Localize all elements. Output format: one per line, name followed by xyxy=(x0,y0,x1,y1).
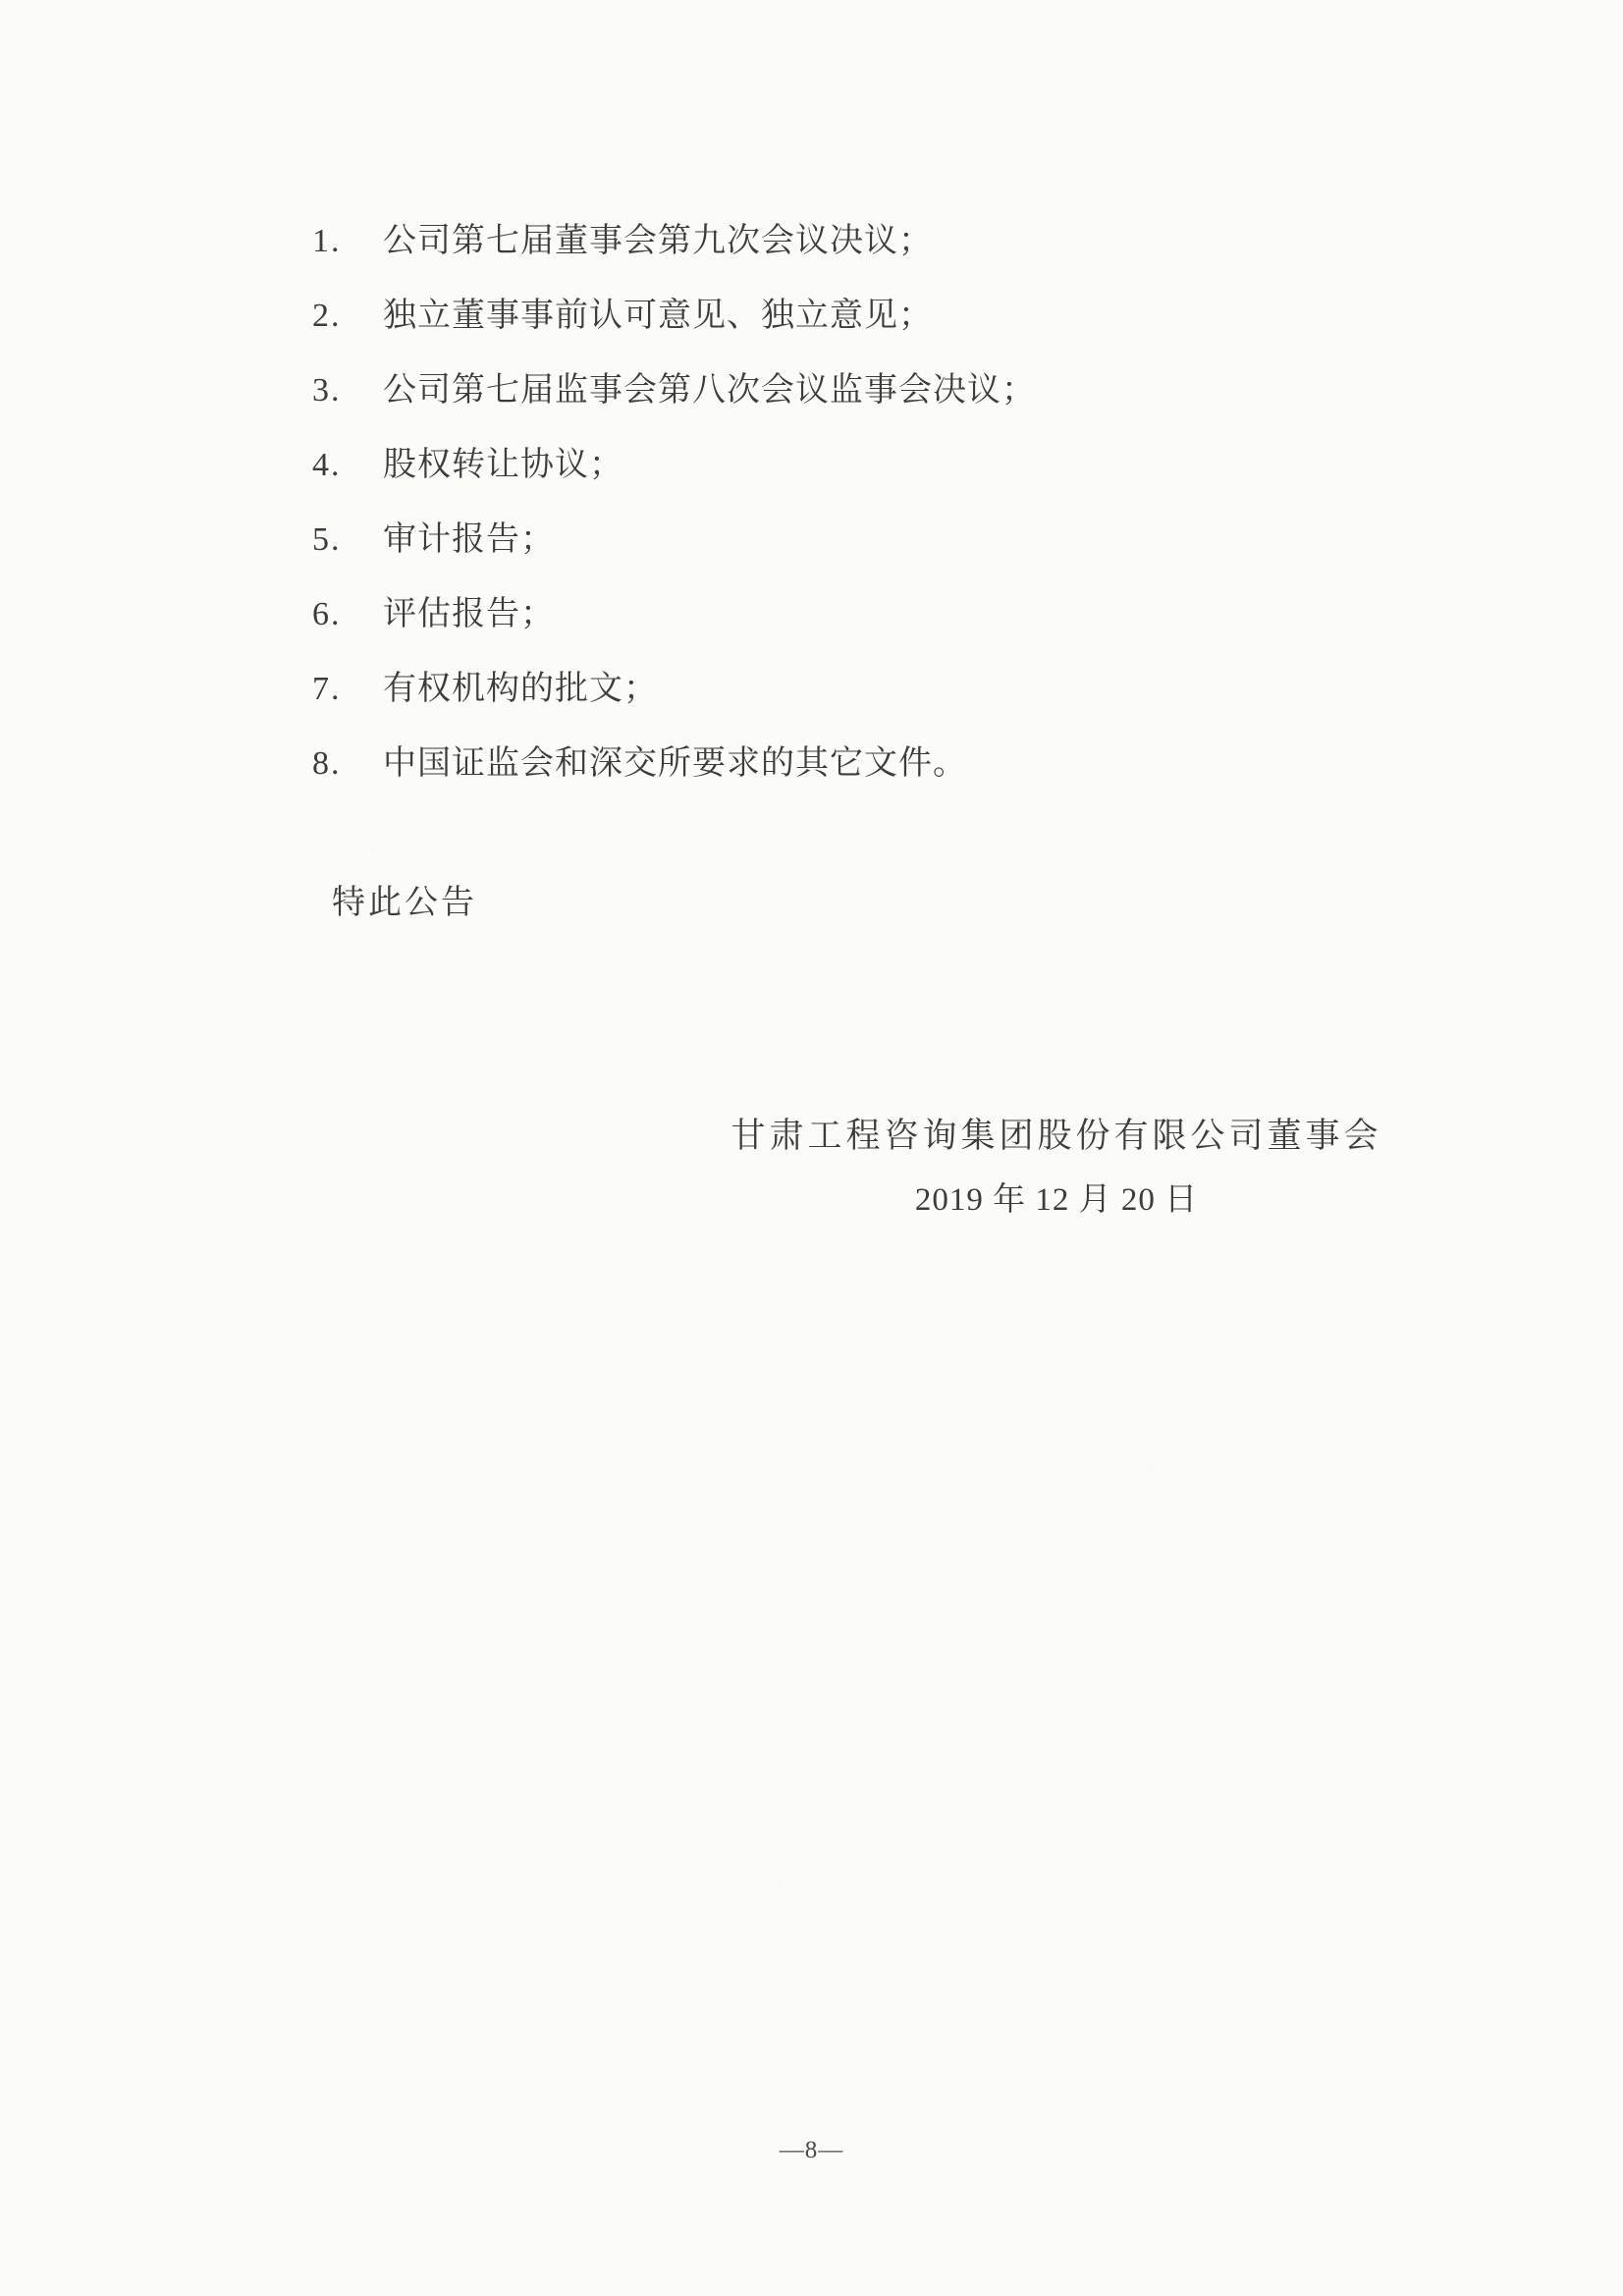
list-item: 2.独立董事事前认可意见、独立意见； xyxy=(312,300,1036,333)
document-page: 1.公司第七届董事会第九次会议决议； 2.独立董事事前认可意见、独立意见； 3.… xyxy=(0,0,1623,2296)
item-number: 2. xyxy=(312,300,383,333)
list-item: 8.中国证监会和深交所要求的其它文件。 xyxy=(312,747,1036,781)
item-number: 4. xyxy=(312,449,383,482)
signature-block: 甘肃工程咨询集团股份有限公司董事会 2019 年 12 月 20 日 xyxy=(730,1116,1382,1220)
list-item: 3.公司第七届监事会第八次会议监事会决议； xyxy=(312,374,1036,408)
page-footer: —8— xyxy=(0,2137,1623,2164)
item-number: 7. xyxy=(312,673,383,706)
list-item: 1.公司第七届董事会第九次会议决议； xyxy=(312,225,1036,258)
item-text: 公司第七届监事会第八次会议监事会决议； xyxy=(383,372,1036,409)
item-number: 8. xyxy=(312,747,383,781)
item-number: 6. xyxy=(312,598,383,631)
list-item: 6.评估报告； xyxy=(312,598,1036,631)
item-text: 独立董事事前认可意见、独立意见； xyxy=(383,298,933,334)
attachment-list: 1.公司第七届董事会第九次会议决议； 2.独立董事事前认可意见、独立意见； 3.… xyxy=(312,225,1036,822)
item-number: 3. xyxy=(312,374,383,408)
signer-name: 甘肃工程咨询集团股份有限公司董事会 xyxy=(730,1116,1382,1157)
item-text: 中国证监会和深交所要求的其它文件。 xyxy=(383,745,967,782)
list-item: 7.有权机构的批文； xyxy=(312,673,1036,706)
page-number: —8— xyxy=(780,2137,844,2164)
closing-statement: 特此公告 xyxy=(332,887,477,920)
item-number: 1. xyxy=(312,225,383,258)
item-text: 股权转让协议； xyxy=(383,447,623,483)
item-text: 公司第七届董事会第九次会议决议； xyxy=(383,223,933,259)
signature-date: 2019 年 12 月 20 日 xyxy=(730,1180,1382,1220)
item-text: 审计报告； xyxy=(383,521,555,558)
list-item: 4.股权转让协议； xyxy=(312,449,1036,482)
item-text: 有权机构的批文； xyxy=(383,671,658,707)
list-item: 5.审计报告； xyxy=(312,523,1036,557)
item-number: 5. xyxy=(312,523,383,557)
item-text: 评估报告； xyxy=(383,596,555,632)
